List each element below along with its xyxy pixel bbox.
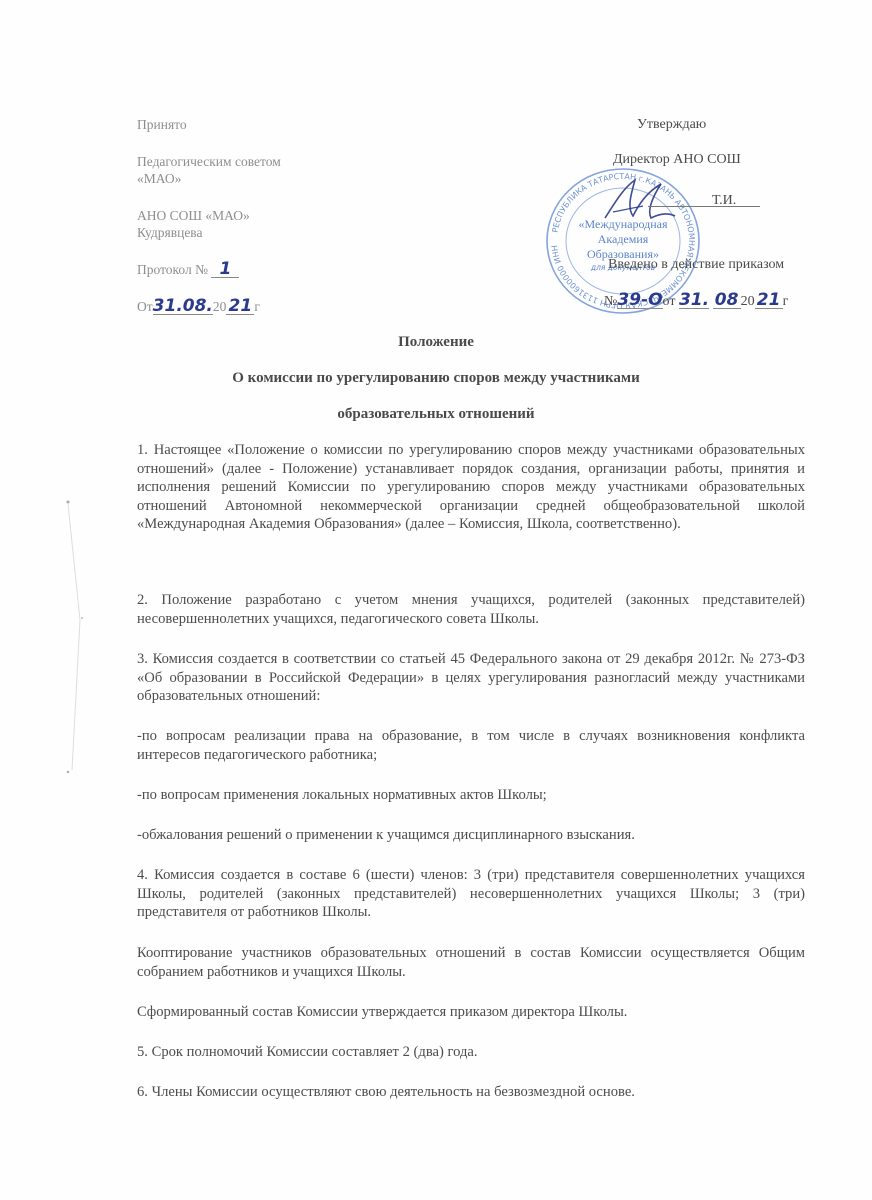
council-line1: Педагогическим советом	[137, 153, 281, 170]
protocol-line: Протокол № 1	[137, 261, 281, 278]
clause-3-item-3: -обжалования решений о применении к учащ…	[137, 826, 805, 845]
accepted-block: Принято Педагогическим советом «МАО» АНО…	[137, 116, 281, 335]
order-number: 39-О	[617, 293, 662, 309]
document-page: Принято Педагогическим советом «МАО» АНО…	[0, 0, 872, 1200]
clause-6: 6. Члены Комиссии осуществляют свою деят…	[137, 1083, 805, 1102]
introduced-label: Введено в действие приказом	[608, 256, 784, 273]
order-from: от	[663, 294, 676, 309]
order-no-label: №	[604, 294, 617, 309]
order-suffix: г	[783, 294, 789, 309]
date-year-suffix: 21	[226, 299, 254, 315]
protocol-label: Протокол №	[137, 262, 208, 277]
director-title: Директор АНО СОШ	[613, 151, 741, 168]
order-year-suffix: 21	[755, 293, 783, 309]
clause-5: 5. Срок полномочий Комиссии составляет 2…	[137, 1043, 805, 1062]
approve-label: Утверждаю	[637, 116, 706, 133]
order-year-prefix: 20	[741, 294, 755, 309]
clause-4-cooptation: Кооптирование участников образовательных…	[137, 944, 805, 981]
document-heading: Положение	[0, 334, 872, 351]
director-initials: Т.И.	[712, 192, 736, 209]
council-line2: «МАО»	[137, 170, 281, 187]
svg-text:Академия: Академия	[598, 232, 649, 246]
scan-margin-mark-icon	[60, 500, 100, 780]
date-year-prefix: 20	[213, 299, 227, 314]
org-name: АНО СОШ «МАО»	[137, 207, 281, 224]
document-subtitle-line1: О комиссии по урегулированию споров межд…	[0, 370, 872, 387]
order-month: 08	[713, 293, 741, 309]
clause-2: 2. Положение разработано с учетом мнения…	[137, 591, 805, 628]
clause-1: 1. Настоящее «Положение о комиссии по ур…	[137, 441, 805, 534]
date-prefix: От	[137, 299, 153, 314]
order-day: 31.	[679, 293, 709, 309]
document-subtitle-line2: образовательных отношений	[0, 406, 872, 423]
protocol-number: 1	[211, 262, 239, 278]
clause-4: 4. Комиссия создается в составе 6 (шести…	[137, 866, 805, 922]
signatory-name: Кудрявцева	[137, 224, 281, 241]
clause-3: 3. Комиссия создается в соответствии со …	[137, 650, 805, 706]
accepted-date-line: От31.08.2021г	[137, 298, 281, 315]
date-day-month: 31.08.	[153, 299, 213, 315]
svg-text:«Международная: «Международная	[578, 217, 667, 231]
date-suffix: г	[254, 299, 260, 314]
order-line: №39-Оот 31. 082021г	[604, 293, 788, 310]
clause-3-item-2: -по вопросам применения локальных нормат…	[137, 786, 805, 805]
clause-3-item-1: -по вопросам реализации права на образов…	[137, 727, 805, 764]
accepted-label: Принято	[137, 116, 281, 133]
clause-4-formed: Сформированный состав Комиссии утверждае…	[137, 1003, 805, 1022]
signature-line	[648, 192, 760, 207]
